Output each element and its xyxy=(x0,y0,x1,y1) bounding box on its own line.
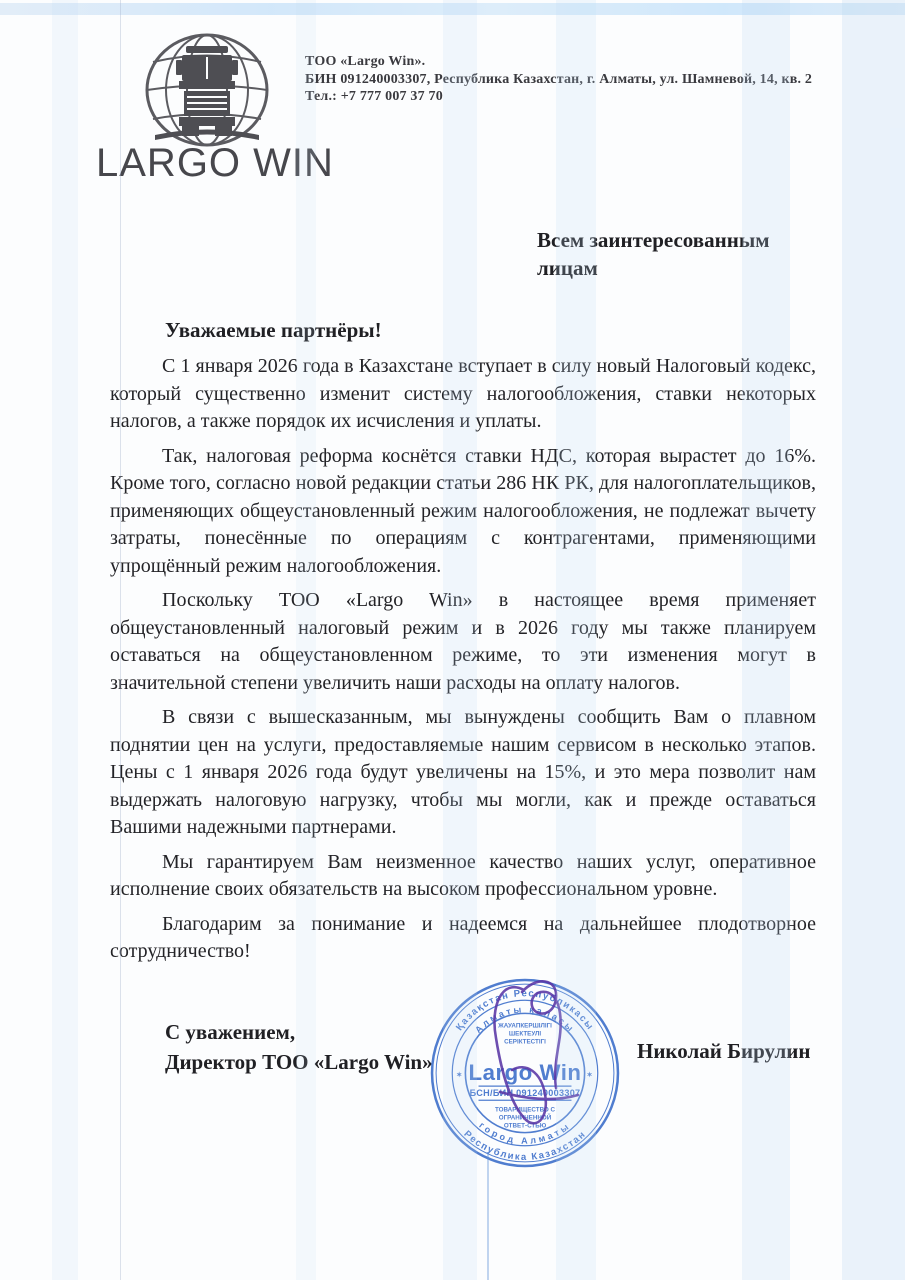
scan-artifact-streak xyxy=(52,0,78,1280)
scan-artifact-blue-line xyxy=(487,1152,489,1280)
brand-wordmark: LARGO WIN xyxy=(96,141,326,186)
company-phone-line: Тел.: +7 777 007 37 70 xyxy=(305,88,812,106)
recipient-line: лицам xyxy=(537,255,770,283)
company-info-block: ТОО «Largo Win». БИН 091240003307, Респу… xyxy=(305,53,812,106)
scanned-letter-page: LARGO WIN ТОО «Largo Win». БИН 091240003… xyxy=(0,0,905,1280)
salutation: Уважаемые партнёры! xyxy=(165,318,382,343)
scan-artifact-streak xyxy=(842,0,905,1280)
letter-paragraph: Так, налоговая реформа коснётся ставки Н… xyxy=(110,443,816,581)
recipient-block: Всем заинтересованным лицам xyxy=(537,227,770,282)
letter-paragraph: Поскольку ТОО «Largo Win» в настоящее вр… xyxy=(110,587,816,697)
signer-title: Директор ТОО «Largo Win» xyxy=(165,1047,433,1077)
letter-paragraph: В связи с вышесказанным, мы вынуждены со… xyxy=(110,704,816,842)
letter-body: С 1 января 2026 года в Казахстане вступа… xyxy=(110,353,816,973)
stamp-star-icon: ✶ xyxy=(456,1071,462,1079)
letter-paragraph: Мы гарантируем Вам неизменное качество н… xyxy=(110,849,816,904)
company-name-line: ТОО «Largo Win». xyxy=(305,53,812,71)
signature-scribble xyxy=(466,972,596,1137)
closing-regards: С уважением, xyxy=(165,1017,433,1047)
scan-artifact-top-band xyxy=(0,3,905,15)
closing-block: С уважением, Директор ТОО «Largo Win» xyxy=(165,1017,433,1077)
signer-name: Николай Бирулин xyxy=(637,1039,810,1064)
letter-paragraph: Благодарим за понимание и надеемся на да… xyxy=(110,911,816,966)
company-address-line: БИН 091240003307, Республика Казахстан, … xyxy=(305,71,812,89)
recipient-line: Всем заинтересованным xyxy=(537,227,770,255)
letter-paragraph: С 1 января 2026 года в Казахстане вступа… xyxy=(110,353,816,436)
globe-truck-logo-icon xyxy=(141,31,273,153)
